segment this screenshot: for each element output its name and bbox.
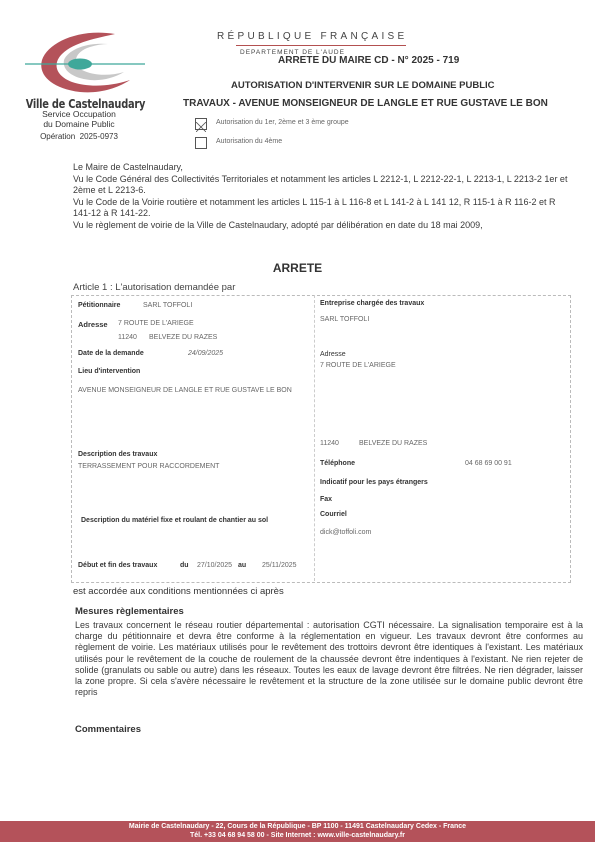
date-demande-label: Date de la demande — [78, 350, 144, 357]
telephone-value: 04 68 69 00 91 — [465, 460, 512, 467]
footer-address: Mairie de Castelnaudary - 22, Cours de l… — [0, 822, 595, 831]
accord-text: est accordée aux conditions mentionnées … — [73, 586, 284, 597]
commentaires-heading: Commentaires — [75, 724, 141, 735]
footer-text: Mairie de Castelnaudary - 22, Cours de l… — [0, 822, 595, 840]
adresse-label: Adresse — [78, 320, 108, 329]
footer-contact: Tél. +33 04 68 94 58 00 - Site Internet … — [0, 831, 595, 840]
service-line-2: du Domaine Public — [14, 119, 144, 129]
au-label: au — [238, 562, 246, 569]
ent-adresse-label: Adresse — [320, 351, 346, 358]
ent-cp: 11240 — [320, 440, 339, 447]
republique-heading: RÉPUBLIQUE FRANÇAISE — [217, 31, 407, 42]
form-column-divider — [314, 295, 315, 581]
mesures-text: Les travaux concernent le réseau routier… — [75, 620, 583, 698]
operation-value: 2025-0973 — [80, 132, 118, 141]
petitionnaire-label: Pétitionnaire — [78, 302, 120, 309]
lieu-label: Lieu d'intervention — [78, 368, 140, 375]
checked-x-icon — [196, 122, 206, 132]
entreprise-value: SARL TOFFOLI — [320, 316, 369, 323]
courriel-value: dick@toffoli.com — [320, 529, 371, 536]
adresse-cp: 11240 — [118, 334, 137, 341]
preamble-line: Vu le règlement de voirie de la Ville de… — [73, 220, 573, 232]
courriel-label: Courriel — [320, 511, 347, 518]
preamble-line: Vu le Code de la Voirie routière et nota… — [73, 197, 573, 220]
article-1: Article 1 : L'autorisation demandée par — [73, 282, 235, 293]
preamble: Le Maire de Castelnaudary, Vu le Code Gé… — [73, 162, 573, 231]
arrete-number: ARRETE DU MAIRE CD - N° 2025 - 719 — [278, 55, 459, 66]
date-debut: 27/10/2025 — [197, 562, 232, 569]
preamble-line: Vu le Code Général des Collectivités Ter… — [73, 174, 573, 197]
adresse-line1: 7 ROUTE DE L'ARIEGE — [118, 320, 194, 327]
entreprise-label: Entreprise chargée des travaux — [320, 300, 424, 307]
indicatif-label: Indicatif pour les pays étrangers — [320, 479, 428, 486]
lieu-value: AVENUE MONSEIGNEUR DE LANGLE ET RUE GUST… — [78, 386, 303, 395]
city-logo-icon — [20, 30, 150, 96]
header-divider — [236, 45, 406, 46]
operation-number: Opération 2025-0973 — [14, 132, 144, 141]
petitionnaire-value: SARL TOFFOLI — [143, 302, 192, 309]
ent-ville: BELVEZE DU RAZES — [359, 440, 427, 447]
description-label: Description des travaux — [78, 451, 157, 458]
dates-label: Début et fin des travaux — [78, 562, 157, 569]
arrete-title: ARRETE — [0, 261, 595, 275]
adresse-ville: BELVEZE DU RAZES — [149, 334, 217, 341]
date-demande-value: 24/09/2025 — [188, 350, 223, 357]
request-form-box — [71, 295, 571, 583]
travaux-heading: TRAVAUX - AVENUE MONSEIGNEUR DE LANGLE E… — [183, 98, 548, 109]
operation-label: Opération — [40, 132, 75, 141]
date-fin: 25/11/2025 — [262, 562, 297, 569]
checkbox-label-groupes-1-3: Autorisation du 1er, 2ème et 3 ème group… — [216, 119, 349, 126]
preamble-line: Le Maire de Castelnaudary, — [73, 162, 573, 174]
autorisation-heading: AUTORISATION D'INTERVENIR SUR LE DOMAINE… — [231, 80, 495, 91]
service-name: Service Occupation du Domaine Public — [14, 109, 144, 129]
du-label: du — [180, 562, 189, 569]
checkbox-groupe-4[interactable] — [195, 137, 207, 149]
checkbox-label-groupe-4: Autorisation du 4ème — [216, 138, 282, 145]
description-value: TERRASSEMENT POUR RACCORDEMENT — [78, 463, 219, 470]
ent-adresse-line1: 7 ROUTE DE L'ARIEGE — [320, 362, 396, 369]
telephone-label: Téléphone — [320, 460, 355, 467]
mesures-heading: Mesures règlementaires — [75, 606, 184, 617]
service-line-1: Service Occupation — [14, 109, 144, 119]
checkbox-groupes-1-3[interactable] — [195, 118, 207, 130]
fax-label: Fax — [320, 496, 332, 503]
materiel-label: Description du matériel fixe et roulant … — [81, 517, 268, 524]
